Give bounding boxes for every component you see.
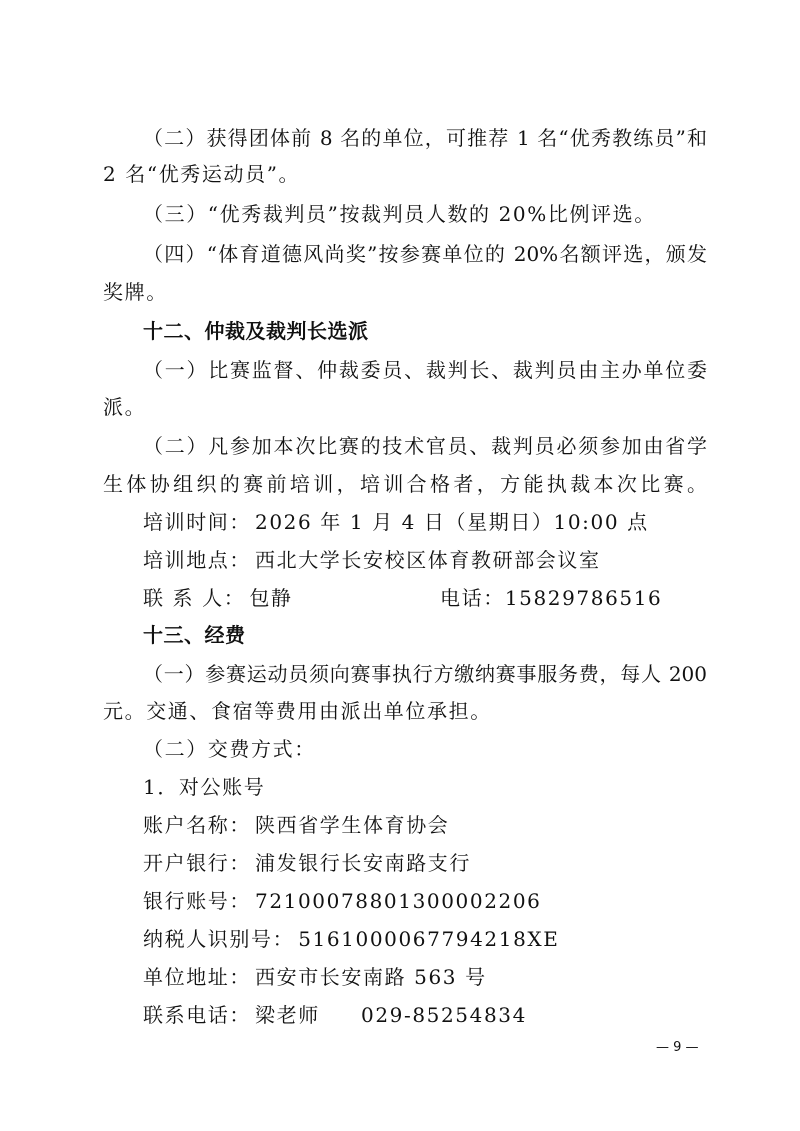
paragraph-sportsmanship-line1: （四）“体育道德风尚奖”按参赛单位的 20%名额评选，颁发 xyxy=(143,240,707,268)
document-page: （二）获得团体前 8 名的单位，可推荐 1 名“优秀教练员”和 2 名“优秀运动… xyxy=(0,0,800,1131)
bank-label: 开户银行： xyxy=(143,851,251,875)
address-row: 单位地址：西安市长安南路 563 号 xyxy=(143,963,707,991)
contact-phone-value: 029-85254834 xyxy=(361,1001,527,1029)
section-12-item1-line2: 派。 xyxy=(103,393,707,421)
contact-row: 联 系 人：包静 电话：15829786516 xyxy=(143,584,707,612)
section-13-item2: （二）交费方式： xyxy=(143,735,707,763)
bank-value: 浦发银行长安南路支行 xyxy=(255,851,471,875)
training-time-value: 2026 年 1 月 4 日（星期日）10:00 点 xyxy=(255,510,649,534)
section-13-sub1: 1．对公账号 xyxy=(143,773,707,801)
tax-id-row: 纳税人识别号：5161000067794218XE xyxy=(143,925,707,953)
tax-id-label: 纳税人识别号： xyxy=(143,927,294,951)
training-time-label: 培训时间： xyxy=(143,510,251,534)
bank-row: 开户银行：浦发银行长安南路支行 xyxy=(143,849,707,877)
account-name-value: 陕西省学生体育协会 xyxy=(255,813,449,837)
phone-label: 电话： xyxy=(440,586,505,610)
paragraph-award-coach-line1: （二）获得团体前 8 名的单位，可推荐 1 名“优秀教练员”和 xyxy=(143,124,707,152)
section-13-item1-line1: （一）参赛运动员须向赛事执行方缴纳赛事服务费，每人 200 xyxy=(143,660,707,688)
paragraph-award-referee: （三）“优秀裁判员”按裁判员人数的 20%比例评选。 xyxy=(143,200,707,228)
training-time-row: 培训时间：2026 年 1 月 4 日（星期日）10:00 点 xyxy=(143,508,707,536)
account-number-value: 72100078801300002206 xyxy=(255,889,542,913)
page-number: — 9 — xyxy=(656,1040,699,1055)
section-12-item2-line2: 生体协组织的赛前培训，培训合格者，方能执裁本次比赛。 xyxy=(103,470,707,498)
account-name-label: 账户名称： xyxy=(143,813,251,837)
tax-id-value: 5161000067794218XE xyxy=(298,927,559,951)
account-number-row: 银行账号：72100078801300002206 xyxy=(143,887,707,915)
section-12-heading: 十二、仲裁及裁判长选派 xyxy=(143,317,707,345)
address-value: 西安市长安南路 563 号 xyxy=(255,965,487,989)
phone-value: 15829786516 xyxy=(505,586,663,610)
phone-group: 电话：15829786516 xyxy=(440,584,662,612)
section-13-heading: 十三、经费 xyxy=(143,621,707,649)
contact-phone-name: 梁老师 xyxy=(255,1003,320,1027)
section-12-item1-line1: （一）比赛监督、仲裁委员、裁判长、裁判员由主办单位委 xyxy=(143,356,707,384)
account-number-label: 银行账号： xyxy=(143,889,251,913)
training-place-value: 西北大学长安校区体育教研部会议室 xyxy=(255,548,601,572)
contact-value: 包静 xyxy=(249,586,292,610)
section-12-item2-line1: （二）凡参加本次比赛的技术官员、裁判员必须参加由省学 xyxy=(143,432,707,460)
contact-label: 联 系 人： xyxy=(143,586,245,610)
contact-phone-row: 联系电话：梁老师 029-85254834 xyxy=(143,1001,707,1029)
paragraph-sportsmanship-line2: 奖牌。 xyxy=(103,278,707,306)
training-place-row: 培训地点：西北大学长安校区体育教研部会议室 xyxy=(143,546,707,574)
training-place-label: 培训地点： xyxy=(143,548,251,572)
section-13-item1-line2: 元。交通、食宿等费用由派出单位承担。 xyxy=(103,697,707,725)
account-name-row: 账户名称：陕西省学生体育协会 xyxy=(143,811,707,839)
address-label: 单位地址： xyxy=(143,965,251,989)
contact-phone-label: 联系电话： xyxy=(143,1003,251,1027)
paragraph-award-coach-line2: 2 名“优秀运动员”。 xyxy=(103,160,707,188)
